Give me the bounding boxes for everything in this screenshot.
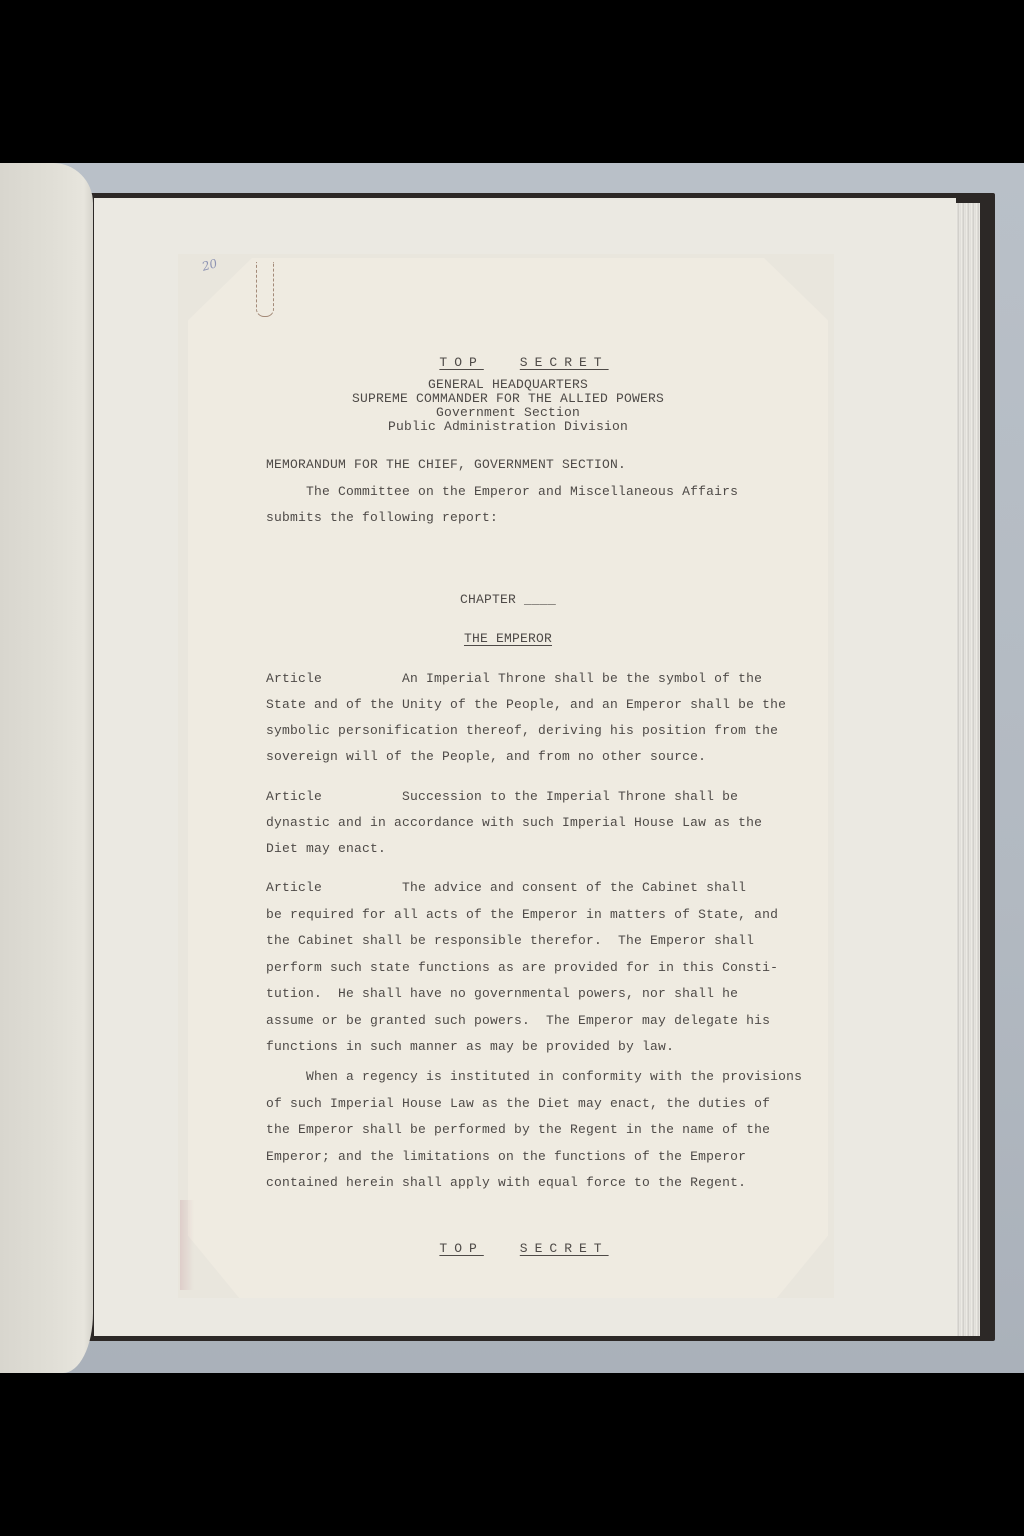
book-left-page xyxy=(0,163,93,1373)
article-line: contained herein shall apply with equal … xyxy=(266,1170,746,1196)
intro-line: submits the following report: xyxy=(266,505,498,531)
article-line: functions in such manner as may be provi… xyxy=(266,1034,674,1060)
classification-word: TOP xyxy=(439,1241,483,1256)
photo-stage: 20 TOPSECRET GENERAL HEADQUARTERS SUPREM… xyxy=(0,0,1024,1536)
letterhead-line: SUPREME COMMANDER FOR THE ALLIED POWERS xyxy=(188,392,828,406)
article-line: Emperor; and the limitations on the func… xyxy=(266,1144,746,1170)
letterhead-line: Public Administration Division xyxy=(188,420,828,434)
letterhead-line: Government Section xyxy=(188,406,828,420)
classification-word: SECRET xyxy=(520,355,609,370)
chapter-title: THE EMPEROR xyxy=(188,631,828,646)
article-line: dynastic and in accordance with such Imp… xyxy=(266,810,762,836)
article-line: of such Imperial House Law as the Diet m… xyxy=(266,1091,770,1117)
intro-line: The Committee on the Emperor and Miscell… xyxy=(266,479,738,505)
article-line: When a regency is instituted in conformi… xyxy=(266,1064,802,1090)
article-line: tution. He shall have no governmental po… xyxy=(266,981,738,1007)
article-line: the Emperor shall be performed by the Re… xyxy=(266,1117,770,1143)
memo-to: MEMORANDUM FOR THE CHIEF, GOVERNMENT SEC… xyxy=(266,452,626,478)
classification-bottom: TOPSECRET xyxy=(188,1226,828,1271)
article-line: Article The advice and consent of the Ca… xyxy=(266,875,746,901)
article-line: Diet may enact. xyxy=(266,836,386,862)
article-line: Article An Imperial Throne shall be the … xyxy=(266,666,762,692)
chapter-label: CHAPTER ____ xyxy=(188,592,828,607)
article-line: symbolic personification thereof, derivi… xyxy=(266,718,778,744)
article-line: perform such state functions as are prov… xyxy=(266,955,778,981)
article-line: sovereign will of the People, and from n… xyxy=(266,744,706,770)
classification-word: TOP xyxy=(439,355,483,370)
article-line: assume or be granted such powers. The Em… xyxy=(266,1008,770,1034)
classification-word: SECRET xyxy=(520,1241,609,1256)
article-line: the Cabinet shall be responsible therefo… xyxy=(266,928,754,954)
letterhead-line: GENERAL HEADQUARTERS xyxy=(188,378,828,392)
article-line: be required for all acts of the Emperor … xyxy=(266,902,778,928)
paperclip-mark-icon xyxy=(256,262,274,317)
article-line: State and of the Unity of the People, an… xyxy=(266,692,786,718)
article-line: Article Succession to the Imperial Thron… xyxy=(266,784,738,810)
